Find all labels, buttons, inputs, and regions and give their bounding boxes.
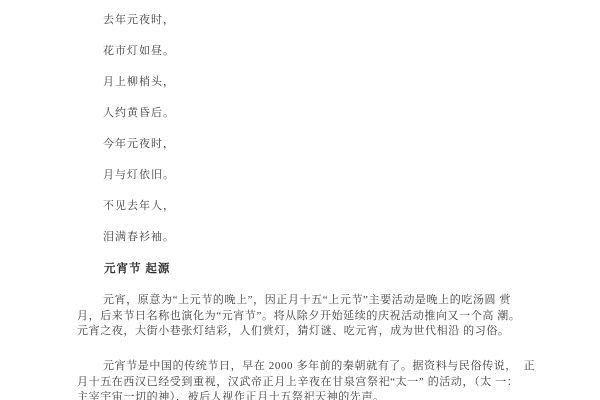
poem-line: 不见去年人， [103, 191, 175, 222]
poem-block: 去年元夜时， 花市灯如昼。 月上柳梢头， 人约黄昏后。 今年元夜时， 月与灯依旧… [103, 5, 175, 253]
paragraph-line: 主宰宇宙一切的神），被后人视作正月十五祭祀天神的先声。 [77, 390, 537, 400]
section-heading: 元宵节 起源 [104, 260, 170, 276]
paragraph-origin-1: 元宵，原意为“上元节的晚上”，因正月十五“上元节”主要活动是晚上的吃汤圆 赏 月… [77, 293, 537, 340]
poem-line: 花市灯如昼。 [103, 36, 175, 67]
poem-line: 月上柳梢头， [103, 67, 175, 98]
paragraph-line: 元宵，原意为“上元节的晚上”，因正月十五“上元节”主要活动是晚上的吃汤圆 赏 [77, 293, 537, 309]
poem-line: 人约黄昏后。 [103, 98, 175, 129]
paragraph-line: 月，后来节日名称也演化为“元宵节”。将从除夕开始延续的庆祝活动推向又一个高 潮。 [77, 309, 537, 325]
poem-line: 今年元夜时， [103, 129, 175, 160]
paragraph-line: 元宵之夜，大街小巷张灯结彩，人们赏灯，猜灯谜、吃元宵，成为世代相沿 的习俗。 [77, 324, 537, 340]
poem-line: 去年元夜时， [103, 5, 175, 36]
poem-line: 泪满春衫袖。 [103, 222, 175, 253]
poem-line: 月与灯依旧。 [103, 160, 175, 191]
paragraph-line: 元宵节是中国的传统节日，早在 2000 多年前的秦朝就有了。据资料与民俗传说， … [77, 359, 537, 375]
paragraph-line: 月十五在西汉已经受到重视，汉武帝正月上辛夜在甘泉宫祭祀“太一” 的活动，（太 一… [77, 375, 537, 391]
document-page: 去年元夜时， 花市灯如昼。 月上柳梢头， 人约黄昏后。 今年元夜时， 月与灯依旧… [0, 0, 600, 400]
paragraph-origin-2: 元宵节是中国的传统节日，早在 2000 多年前的秦朝就有了。据资料与民俗传说， … [77, 359, 537, 400]
